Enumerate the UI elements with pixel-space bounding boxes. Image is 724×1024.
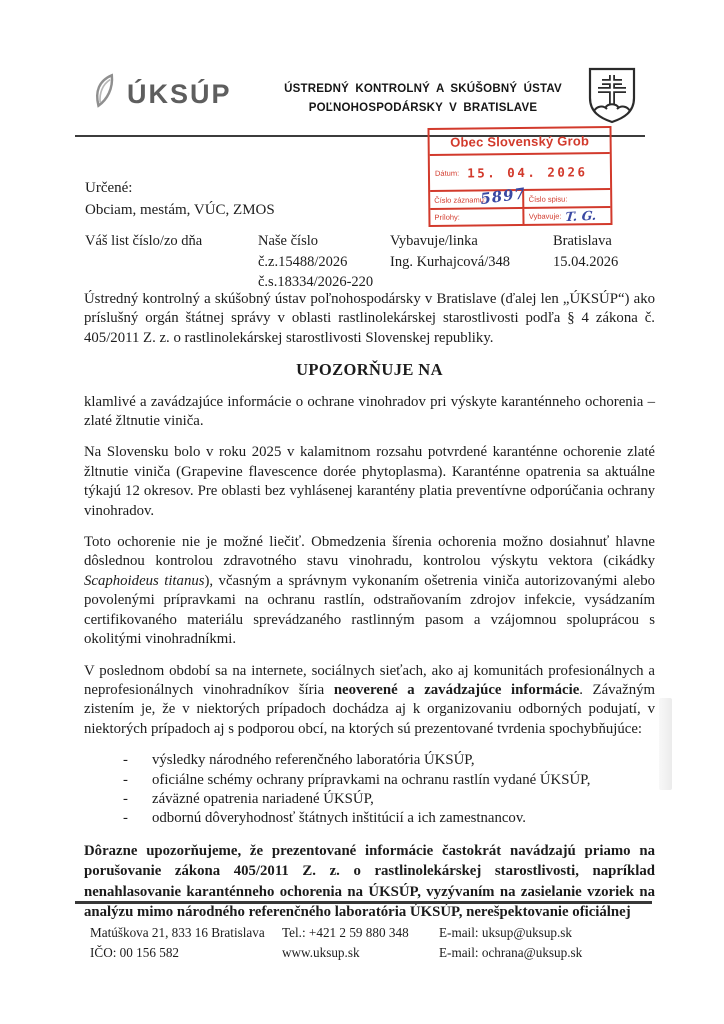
uksup-logo: ÚKSÚP <box>92 74 232 114</box>
stamp-handled-by-handwritten-value: T. G. <box>565 208 598 224</box>
incoming-mail-stamp: Obec Slovenský Grob Dátum: 15. 04. 2026 … <box>427 126 612 227</box>
footer-contact-column: Tel.: +421 2 59 880 348 www.uksup.sk <box>282 923 439 963</box>
reference-your-letter-header: Váš list číslo/zo dňa <box>85 231 258 252</box>
stamp-attachments-label: Prílohy: <box>434 213 460 222</box>
reference-our-number-line1: č.z.15488/2026 <box>258 252 390 273</box>
addressee-value: Obciam, mestám, VÚC, ZMOS <box>85 200 275 222</box>
list-item-text: odbornú dôveryhodnosť štátnych inštitúci… <box>152 809 526 828</box>
reference-our-number-column: Naše číslo č.z.15488/2026 č.s.18334/2026… <box>258 231 390 293</box>
stamp-attachments-cell: Prílohy: <box>430 209 523 225</box>
footer-website: www.uksup.sk <box>282 943 439 963</box>
stamp-date-label: Dátum: <box>435 168 459 177</box>
reference-handler-line1: Ing. Kurhajcová/348 <box>390 252 553 273</box>
organization-title: ÚSTREDNÝ KONTROLNÝ A SKÚŠOBNÝ ÚSTAV POĽN… <box>276 80 570 118</box>
list-item-text: záväzné opatrenia nariadené ÚKSÚP, <box>152 790 374 809</box>
letter-heading: UPOZORŇUJE NA <box>84 360 655 379</box>
organization-title-line2: POĽNOHOSPODÁRSKY V BRATISLAVE <box>276 99 570 118</box>
footer-address-column: Matúškova 21, 833 16 Bratislava IČO: 00 … <box>90 923 282 963</box>
stamp-handled-by-label: Vybavuje: <box>529 212 562 221</box>
list-item-text: oficiálne schémy ochrany prípravkami na … <box>152 771 590 790</box>
scanned-letter-page: ÚKSÚP ÚSTREDNÝ KONTROLNÝ A SKÚŠOBNÝ ÚSTA… <box>0 0 724 1024</box>
logo-wordmark: ÚKSÚP <box>127 79 232 110</box>
stamp-file-cell: Číslo spisu: <box>523 190 611 207</box>
footer-rule <box>75 901 652 904</box>
reference-your-letter-column: Váš list číslo/zo dňa <box>85 231 258 293</box>
paragraph-misinformation: V poslednom období sa na internete, soci… <box>84 662 655 740</box>
paragraph-outbreak: Na Slovensku bolo v roku 2025 v kalamitn… <box>84 443 655 521</box>
scan-artifact <box>659 698 672 790</box>
footer-block: Matúškova 21, 833 16 Bratislava IČO: 00 … <box>90 923 582 963</box>
reference-our-number-header: Naše číslo <box>258 231 390 252</box>
list-item-marker: - <box>84 809 152 828</box>
paragraph-strong-warning: Dôrazne upozorňujeme, že prezentované in… <box>84 841 655 923</box>
organization-title-line1: ÚSTREDNÝ KONTROLNÝ A SKÚŠOBNÝ ÚSTAV <box>276 80 570 99</box>
reference-date-line1: 15.04.2026 <box>553 252 653 273</box>
list-item-marker: - <box>84 771 152 790</box>
list-item: - oficiálne schémy ochrany prípravkami n… <box>84 771 655 790</box>
paragraph-disease-control: Toto ochorenie nie je možné liečiť. Obme… <box>84 533 655 649</box>
reference-place-date-column: Bratislava 15.04.2026 <box>553 231 653 293</box>
letter-body: Ústredný kontrolný a skúšobný ústav poľn… <box>84 290 655 934</box>
reference-handler-column: Vybavuje/linka Ing. Kurhajcová/348 <box>390 231 553 293</box>
list-item: - odbornú dôveryhodnosť štátnych inštitú… <box>84 809 655 828</box>
stamp-handled-by-cell: Vybavuje: T. G. <box>523 208 611 224</box>
stamp-record-cell: Číslo záznamu: 5897 <box>430 191 523 208</box>
stamp-record-label: Číslo záznamu: <box>434 195 486 205</box>
footer-email-column: E-mail: uksup@uksup.sk E-mail: ochrana@u… <box>439 923 582 963</box>
stamp-date-value: 15. 04. 2026 <box>467 164 587 180</box>
list-item-text: výsledky národného referenčného laborató… <box>152 751 475 770</box>
addressee-label: Určené: <box>85 178 275 200</box>
stamp-file-label: Číslo spisu: <box>529 194 568 203</box>
footer-address-line1: Matúškova 21, 833 16 Bratislava <box>90 923 282 943</box>
stamp-attachments-row: Prílohy: Vybavuje: T. G. <box>430 208 610 225</box>
claims-list: - výsledky národného referenčného labora… <box>84 751 655 829</box>
list-item-marker: - <box>84 751 152 770</box>
reference-place-header: Bratislava <box>553 231 653 252</box>
addressee-block: Určené: Obciam, mestám, VÚC, ZMOS <box>85 178 275 222</box>
stamp-municipality-title: Obec Slovenský Grob <box>430 128 610 156</box>
footer-telephone: Tel.: +421 2 59 880 348 <box>282 923 439 943</box>
list-item: - záväzné opatrenia nariadené ÚKSÚP, <box>84 790 655 809</box>
reference-handler-header: Vybavuje/linka <box>390 231 553 252</box>
reference-block: Váš list číslo/zo dňa Naše číslo č.z.154… <box>85 231 653 293</box>
paragraph-warning-subject: klamlivé a zavádzajúce informácie o ochr… <box>84 393 655 432</box>
slovak-coat-of-arms-icon <box>584 66 640 129</box>
stamp-record-row: Číslo záznamu: 5897 Číslo spisu: <box>430 190 610 210</box>
leaf-icon <box>90 73 121 116</box>
footer-email-general: E-mail: uksup@uksup.sk <box>439 923 582 943</box>
footer-email-protection: E-mail: ochrana@uksup.sk <box>439 943 582 963</box>
paragraph-intro: Ústredný kontrolný a skúšobný ústav poľn… <box>84 290 655 348</box>
footer-address-line2: IČO: 00 156 582 <box>90 943 282 963</box>
list-item-marker: - <box>84 790 152 809</box>
list-item: - výsledky národného referenčného labora… <box>84 751 655 770</box>
